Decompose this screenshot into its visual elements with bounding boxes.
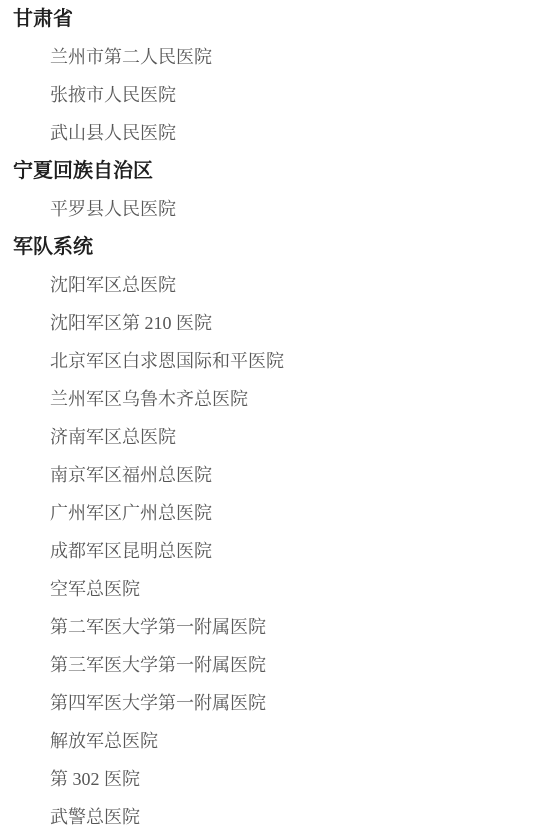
hospital-list-item: 武警总医院 [0, 798, 560, 834]
hospital-list-item: 沈阳军区总医院 [0, 266, 560, 304]
hospital-list-item: 北京军区白求恩国际和平医院 [0, 342, 560, 380]
hospital-list-item: 武山县人民医院 [0, 114, 560, 152]
section-header: 宁夏回族自治区 [0, 152, 560, 190]
hospital-list-item: 张掖市人民医院 [0, 76, 560, 114]
hospital-list-item: 济南军区总医院 [0, 418, 560, 456]
hospital-list-item: 第四军医大学第一附属医院 [0, 684, 560, 722]
hospital-list-item: 平罗县人民医院 [0, 190, 560, 228]
hospital-list-item: 兰州市第二人民医院 [0, 38, 560, 76]
hospital-list-item: 沈阳军区第 210 医院 [0, 304, 560, 342]
hospital-list-item: 解放军总医院 [0, 722, 560, 760]
section-header: 军队系统 [0, 228, 560, 266]
hospital-list-item: 成都军区昆明总医院 [0, 532, 560, 570]
hospital-list-item: 兰州军区乌鲁木齐总医院 [0, 380, 560, 418]
hospital-list-item: 广州军区广州总医院 [0, 494, 560, 532]
hospital-list-item: 第三军医大学第一附属医院 [0, 646, 560, 684]
hospital-list-item: 空军总医院 [0, 570, 560, 608]
section-header: 甘肃省 [0, 0, 560, 38]
hospital-list-item: 南京军区福州总医院 [0, 456, 560, 494]
hospital-list-item: 第二军医大学第一附属医院 [0, 608, 560, 646]
hospital-list-document: 甘肃省兰州市第二人民医院张掖市人民医院武山县人民医院宁夏回族自治区平罗县人民医院… [0, 0, 560, 834]
hospital-list-item: 第 302 医院 [0, 760, 560, 798]
